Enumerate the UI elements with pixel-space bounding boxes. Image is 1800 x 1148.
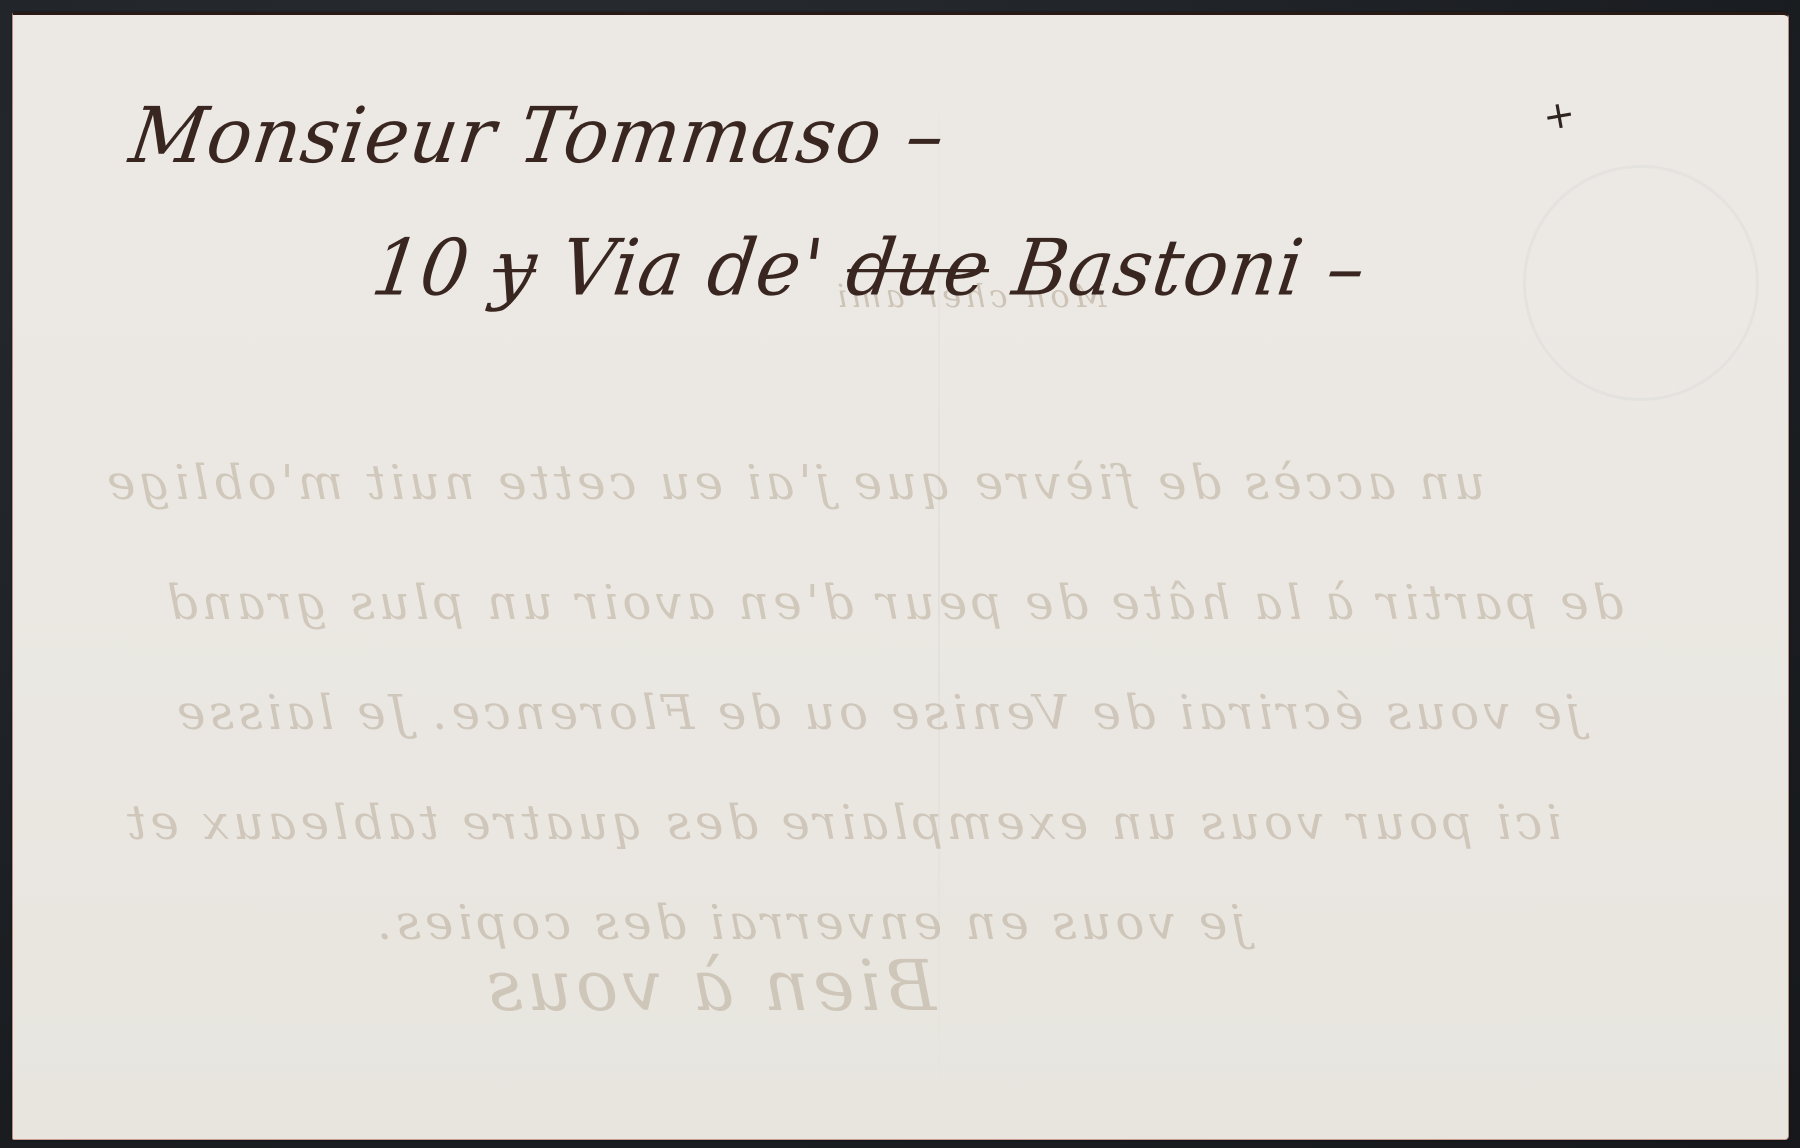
- bleed-through-line: ici pour vous un exemplaire des quatre t…: [123, 795, 1562, 851]
- faint-postmark: [1523, 165, 1759, 401]
- bleed-through-line: je vous en enverrai des copies.: [373, 895, 1246, 951]
- street-name: Bastoni –: [983, 223, 1372, 313]
- bleed-through-line: je vous écrirai de Venise ou de Florence…: [173, 685, 1581, 741]
- street-address: 10 y Via de' due Bastoni –: [367, 223, 1372, 313]
- bleed-through-line: un accès de fièvre que j'ai eu cette nui…: [103, 455, 1485, 511]
- street-prefix: Via de': [555, 223, 854, 313]
- corner-cross-mark: +: [1539, 91, 1578, 140]
- struck-word: due: [841, 223, 996, 313]
- struck-mark: y: [487, 223, 543, 313]
- bleed-through-signature: Bien à vous: [483, 945, 936, 1027]
- house-number: 10: [367, 223, 476, 313]
- bleed-through-line: de partir à la hâte de peur d'en avoir u…: [163, 575, 1623, 631]
- addressee-name: Monsieur Tommaso –: [125, 91, 951, 181]
- envelope-card: Mon cher ami un accès de fièvre que j'ai…: [12, 12, 1789, 1140]
